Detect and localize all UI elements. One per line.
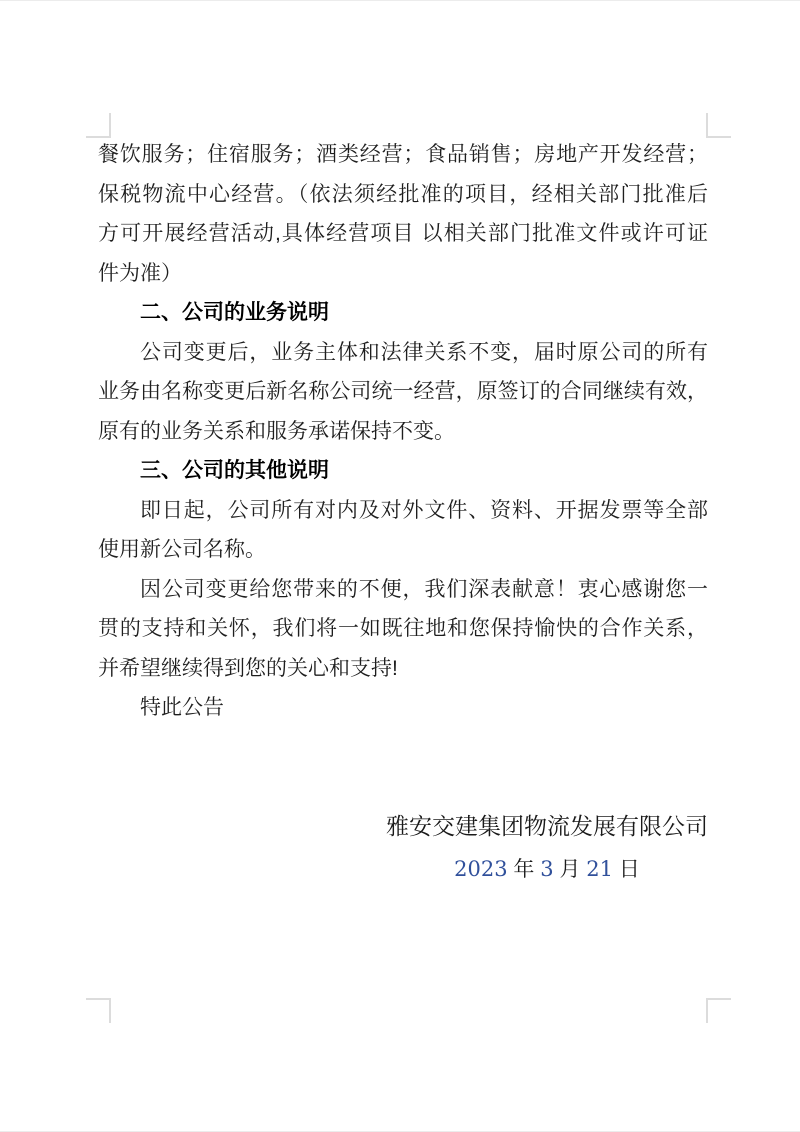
document-body: 餐饮服务；住宿服务；酒类经营；食品销售；房地产开发经营；保税物流中心经营。（依法… (98, 135, 708, 728)
margin-crop-mark-bottom-left (86, 998, 111, 1023)
date-unit: 年 (508, 858, 541, 881)
paragraph: 因公司变更给您带来的不便，我们深表献意！衷心感谢您一贯的支持和关怀，我们将一如既… (98, 570, 708, 689)
date-unit: 日 (613, 858, 640, 881)
signature-date: 2023 年 3 月 21 日 (386, 848, 708, 891)
date-number: 3 (540, 857, 553, 881)
text-line: 三、公司的其他说明 (98, 451, 708, 491)
signature-block: 雅安交建集团物流发展有限公司 2023 年 3 月 21 日 (386, 805, 708, 891)
document-page: 餐饮服务；住宿服务；酒类经营；食品销售；房地产开发经营；保税物流中心经营。（依法… (0, 0, 800, 1132)
text-line: 原有的业务关系和服务承诺保持不变。 (98, 412, 708, 452)
section-heading: 二、公司的业务说明 (98, 293, 708, 333)
text-line: 即日起，公司所有对内及对外文件、资料、开据发票等全部 (98, 491, 708, 531)
text-line: 件为准） (98, 254, 708, 294)
text-line: 方可开展经营活动,具体经营项目 以相关部门批准文件或许可证 (98, 214, 708, 254)
section-heading: 三、公司的其他说明 (98, 451, 708, 491)
text-line: 特此公告 (98, 688, 708, 728)
date-unit: 月 (554, 858, 587, 881)
margin-crop-mark-bottom-right (706, 998, 731, 1023)
date-number: 21 (586, 857, 613, 881)
signature-company: 雅安交建集团物流发展有限公司 (386, 805, 708, 848)
text-line: 业务由名称变更后新名称公司统一经营，原签订的合同继续有效， (98, 372, 708, 412)
text-line: 餐饮服务；住宿服务；酒类经营；食品销售；房地产开发经营； (98, 135, 708, 175)
text-line: 公司变更后，业务主体和法律关系不变，届时原公司的所有 (98, 333, 708, 373)
text-line: 并希望继续得到您的关心和支持! (98, 649, 708, 689)
paragraph: 即日起，公司所有对内及对外文件、资料、开据发票等全部使用新公司名称。 (98, 491, 708, 570)
text-line: 因公司变更给您带来的不便，我们深表献意！衷心感谢您一 (98, 570, 708, 610)
paragraph: 公司变更后，业务主体和法律关系不变，届时原公司的所有业务由名称变更后新名称公司统… (98, 333, 708, 452)
text-line: 保税物流中心经营。（依法须经批准的项目，经相关部门批准后 (98, 175, 708, 215)
date-number: 2023 (454, 857, 507, 881)
margin-crop-mark-top-right (706, 113, 731, 138)
text-line: 二、公司的业务说明 (98, 293, 708, 333)
text-line: 使用新公司名称。 (98, 530, 708, 570)
paragraph: 餐饮服务；住宿服务；酒类经营；食品销售；房地产开发经营；保税物流中心经营。（依法… (98, 135, 708, 293)
text-line: 贯的支持和关怀，我们将一如既往地和您保持愉快的合作关系， (98, 609, 708, 649)
paragraph: 特此公告 (98, 688, 708, 728)
